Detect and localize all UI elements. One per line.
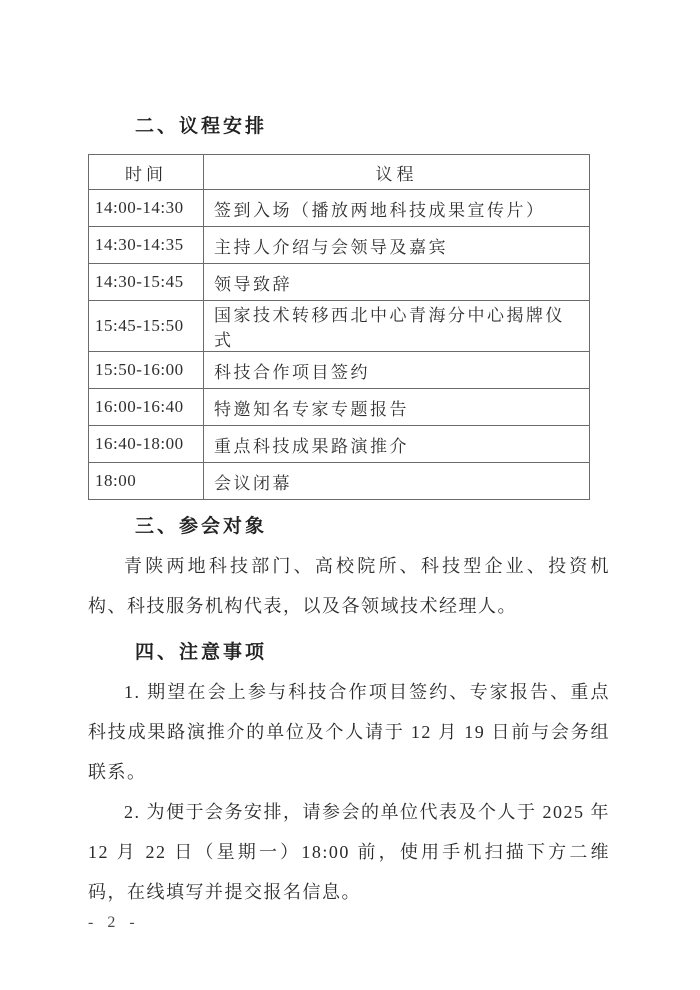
agenda-table: 时间 议程 14:00-14:30签到入场（播放两地科技成果宣传片）14:30-… xyxy=(88,154,590,500)
section-heading-attendees: 三、参会对象 xyxy=(88,512,610,542)
agenda-time-cell: 15:50-16:00 xyxy=(89,352,204,389)
agenda-item-cell: 重点科技成果路演推介 xyxy=(204,426,590,463)
attendees-paragraph: 青陕两地科技部门、高校院所、科技型企业、投资机构、科技服务机构代表，以及各领域技… xyxy=(88,546,610,626)
agenda-table-row: 16:00-16:40特邀知名专家专题报告 xyxy=(89,389,590,426)
agenda-table-body: 14:00-14:30签到入场（播放两地科技成果宣传片）14:30-14:35主… xyxy=(89,190,590,500)
agenda-time-cell: 15:45-15:50 xyxy=(89,301,204,352)
agenda-item-cell: 签到入场（播放两地科技成果宣传片） xyxy=(204,190,590,227)
agenda-table-row: 18:00会议闭幕 xyxy=(89,463,590,500)
section-heading-notes: 四、注意事项 xyxy=(88,638,610,668)
agenda-time-cell: 16:40-18:00 xyxy=(89,426,204,463)
agenda-table-row: 15:45-15:50国家技术转移西北中心青海分中心揭牌仪式 xyxy=(89,301,590,352)
agenda-time-cell: 14:30-14:35 xyxy=(89,227,204,264)
agenda-item-cell: 会议闭幕 xyxy=(204,463,590,500)
agenda-item-cell: 国家技术转移西北中心青海分中心揭牌仪式 xyxy=(204,301,590,352)
agenda-table-row: 15:50-16:00科技合作项目签约 xyxy=(89,352,590,389)
agenda-item-cell: 科技合作项目签约 xyxy=(204,352,590,389)
agenda-table-row: 16:40-18:00重点科技成果路演推介 xyxy=(89,426,590,463)
document-content: 二、议程安排 时间 议程 14:00-14:30签到入场（播放两地科技成果宣传片… xyxy=(88,112,610,912)
agenda-item-cell: 主持人介绍与会领导及嘉宾 xyxy=(204,227,590,264)
agenda-item-cell: 领导致辞 xyxy=(204,264,590,301)
agenda-item-cell: 特邀知名专家专题报告 xyxy=(204,389,590,426)
notes-item-2: 2. 为便于会务安排，请参会的单位代表及个人于 2025 年 12 月 22 日… xyxy=(88,792,610,912)
agenda-time-cell: 18:00 xyxy=(89,463,204,500)
document-page: 二、议程安排 时间 议程 14:00-14:30签到入场（播放两地科技成果宣传片… xyxy=(0,0,700,990)
agenda-table-row: 14:30-14:35主持人介绍与会领导及嘉宾 xyxy=(89,227,590,264)
agenda-time-cell: 14:00-14:30 xyxy=(89,190,204,227)
agenda-time-cell: 16:00-16:40 xyxy=(89,389,204,426)
agenda-table-header-time: 时间 xyxy=(89,155,204,190)
page-number: - 2 - xyxy=(88,914,140,932)
agenda-table-header-row: 时间 议程 xyxy=(89,155,590,190)
notes-item-1: 1. 期望在会上参与科技合作项目签约、专家报告、重点科技成果路演推介的单位及个人… xyxy=(88,672,610,792)
agenda-table-row: 14:00-14:30签到入场（播放两地科技成果宣传片） xyxy=(89,190,590,227)
section-heading-agenda: 二、议程安排 xyxy=(88,112,610,142)
agenda-table-row: 14:30-15:45领导致辞 xyxy=(89,264,590,301)
agenda-time-cell: 14:30-15:45 xyxy=(89,264,204,301)
agenda-table-header-item: 议程 xyxy=(204,155,590,190)
